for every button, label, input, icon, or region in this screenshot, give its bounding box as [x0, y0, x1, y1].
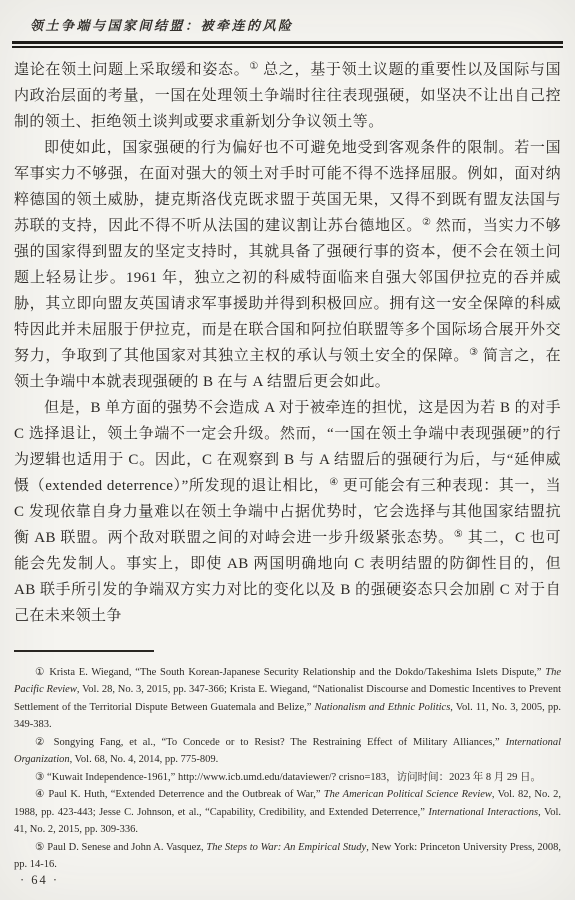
header-rule-thick: [12, 41, 563, 44]
footnotes-section: ① Krista E. Wiegand, “The South Korean-J…: [14, 664, 561, 874]
footnote-text: , Vol. 68, No. 4, 2014, pp. 775-809.: [70, 754, 219, 765]
body-paragraph-3: 但是，B 单方面的强势不会造成 A 对于被牵连的担忧，这是因为若 B 的对手 C…: [14, 395, 561, 629]
running-head-title: 领土争端与国家间结盟：被牵连的风险: [30, 15, 563, 34]
footnote-2: ② Songying Fang, et al., “To Concede or …: [14, 734, 561, 769]
footnote-ref-1: ①: [249, 61, 258, 72]
body-text: 遑论在领土问题上采取缓和姿态。① 总之，基于领土议题的重要性以及国际与国内政治层…: [14, 57, 561, 629]
body-paragraph-2: 即使如此，国家强硬的行为偏好也不可避免地受到客观条件的限制。若一国军事实力不够强…: [14, 135, 561, 395]
header-rule-thin: [12, 46, 563, 48]
footnote-ref-3: ③: [469, 347, 478, 358]
text-segment: 遑论在领土问题上采取缓和姿态。: [14, 62, 249, 78]
footnote-text: ⑤ Paul D. Senese and John A. Vasquez,: [35, 842, 206, 853]
footnote-5: ⑤ Paul D. Senese and John A. Vasquez, Th…: [14, 839, 561, 874]
footnote-ref-2: ②: [422, 217, 431, 228]
footnote-text: ③ “Kuwait Independence-1961,” http://www…: [35, 772, 541, 783]
footnote-text: ① Krista E. Wiegand, “The South Korean-J…: [35, 667, 545, 678]
header-double-rule: [12, 41, 563, 48]
footnote-1: ① Krista E. Wiegand, “The South Korean-J…: [14, 664, 561, 734]
page-header: 领土争端与国家间结盟：被牵连的风险: [0, 15, 575, 48]
document-page: 领土争端与国家间结盟：被牵连的风险 遑论在领土问题上采取缓和姿态。① 总之，基于…: [0, 0, 575, 900]
footnote-text: ④ Paul K. Huth, “Extended Deterrence and…: [35, 789, 324, 800]
journal-title: The American Political Science Review: [324, 789, 492, 800]
footnote-text: ② Songying Fang, et al., “To Concede or …: [35, 737, 506, 748]
journal-title: Nationalism and Ethnic Politics: [314, 702, 450, 713]
footnote-4: ④ Paul K. Huth, “Extended Deterrence and…: [14, 786, 561, 839]
book-title: The Steps to War: An Empirical Study: [206, 842, 366, 853]
footnote-separator: [14, 650, 154, 652]
journal-title: International Interactions: [428, 807, 538, 818]
footnote-ref-5: ⑤: [454, 529, 463, 540]
page-number: · 64 ·: [20, 873, 59, 888]
footnote-3: ③ “Kuwait Independence-1961,” http://www…: [14, 769, 561, 787]
text-segment: 然而，当实力不够强的国家得到盟友的坚定支持时，其就具备了强硬行事的资本，便不会在…: [14, 218, 561, 364]
body-paragraph-1: 遑论在领土问题上采取缓和姿态。① 总之，基于领土议题的重要性以及国际与国内政治层…: [14, 57, 561, 135]
